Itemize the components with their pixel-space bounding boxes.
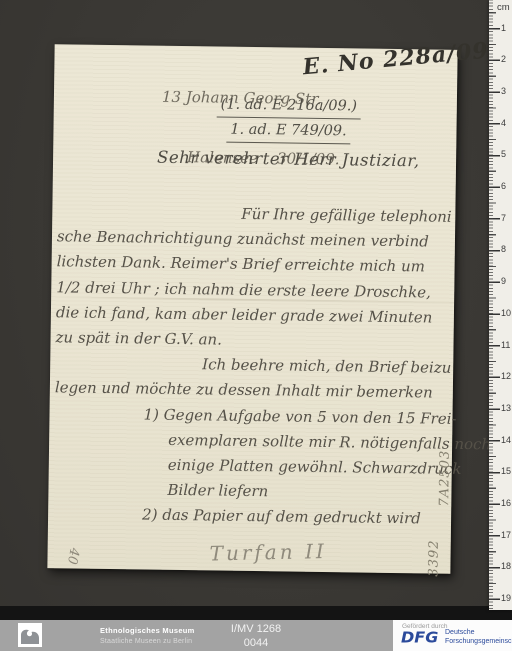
pencil-title-note: Turfan II	[209, 539, 327, 565]
ruler-number: 13	[501, 403, 511, 413]
letter-line: Bilder liefern	[167, 478, 447, 507]
letter-line: legen und möchte zu dessen Inhalt mir be…	[55, 376, 449, 407]
ruler-number: 3	[501, 86, 506, 96]
ruler-number: 16	[501, 498, 511, 508]
ruler-number: 18	[501, 561, 511, 571]
letter-line: Ich beehre mich, den Brief beizu	[202, 353, 449, 382]
funder-name: Deutsche Forschungsgemeinschaft	[445, 629, 512, 646]
ruler-number: 14	[501, 435, 511, 445]
ruler-number: 2	[501, 54, 506, 64]
letter-line: exemplaren sollte mir R. nötigenfalls no…	[168, 428, 448, 457]
footer-bar: Ethnologisches Museum Staatliche Museen …	[0, 620, 512, 651]
ruler-number: 1	[501, 23, 506, 33]
letter-line: Für Ihre gefällige telephoni	[241, 202, 451, 230]
ruler-number: 19	[501, 593, 511, 603]
reference-line: (1. ad. E 216a/09.)	[216, 92, 361, 119]
ruler-number: 15	[501, 466, 511, 476]
scan-stage: 13 Johann Georg Str. Halensee 30/1/09. E…	[0, 0, 512, 651]
registry-number-note: E. No 228a/09	[302, 38, 490, 81]
ruler-number: 4	[501, 118, 506, 128]
pencil-corner-note: 40	[64, 546, 82, 565]
reference-line: 1. ad. E 749/09.	[226, 118, 351, 145]
ruler-number: 9	[501, 276, 506, 286]
reference-numbers: (1. ad. E 216a/09.) 1. ad. E 749/09.	[193, 92, 384, 145]
letter-line: 2) das Papier auf dem gedruckt wird	[142, 503, 447, 532]
ruler-number: 10	[501, 308, 511, 318]
ruler-number: 6	[501, 181, 506, 191]
margin-inventory-number: 3392	[426, 539, 442, 576]
margin-inventory-number: 7A2503	[437, 450, 453, 507]
dfg-lettermark-icon: DFG	[401, 628, 438, 646]
measurement-ruler: cm 12345678910111213141516171819	[489, 0, 512, 610]
footer-divider-strip	[0, 606, 512, 620]
letter-line: einige Platten gewöhnl. Schwarzdruck	[168, 453, 448, 482]
ruler-number: 12	[501, 371, 511, 381]
letter-page: 13 Johann Georg Str. Halensee 30/1/09. E…	[47, 44, 457, 574]
ruler-number: 11	[501, 340, 510, 350]
ruler-unit-label: cm	[497, 2, 510, 13]
salutation: Sehr verehrter Herr Justiziar,	[157, 148, 420, 171]
dfg-logo: Gefördert durch DFG Deutsche Forschungsg…	[393, 620, 512, 651]
letter-body: Für Ihre gefällige telephoni sche Benach…	[53, 199, 452, 532]
ruler-number: 7	[501, 213, 506, 223]
ruler-number: 17	[501, 530, 511, 540]
ruler-number: 5	[501, 149, 506, 159]
ruler-number: 8	[501, 244, 506, 254]
